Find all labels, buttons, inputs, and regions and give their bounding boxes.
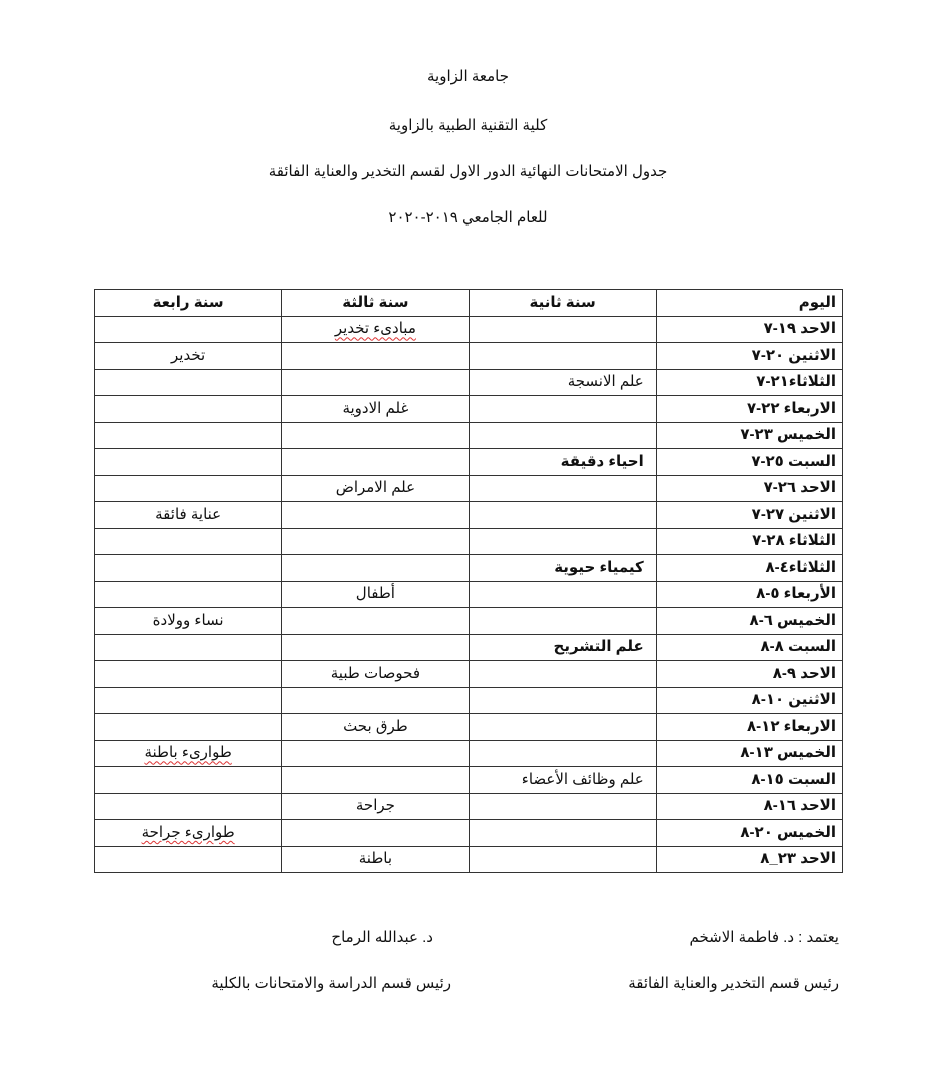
fourth-year-cell: طوارىء جراحة	[95, 820, 282, 847]
third-year-cell: أطفال	[282, 581, 469, 608]
day-cell: الاربعاء ١٢-٨	[656, 714, 842, 741]
day-cell: الخميس ١٣-٨	[656, 740, 842, 767]
day-cell: الثلاثاء٢١-٧	[656, 369, 842, 396]
third-year-cell: علم الامراض	[282, 475, 469, 502]
third-year-cell	[282, 634, 469, 661]
second-year-cell	[469, 608, 656, 635]
second-year-cell	[469, 793, 656, 820]
second-year-cell	[469, 343, 656, 370]
column-header-third-year: سنة ثالثة	[282, 290, 469, 317]
day-cell: السبت ٢٥-٧	[656, 449, 842, 476]
table-row: الاحد ١٩-٧ مبادىء تخدير	[95, 316, 843, 343]
third-year-cell: طرق بحث	[282, 714, 469, 741]
second-year-cell	[469, 820, 656, 847]
fourth-year-cell	[95, 846, 282, 873]
fourth-year-cell: طوارىء باطنة	[95, 740, 282, 767]
exam-subject: طوارىء باطنة	[144, 744, 231, 761]
second-year-cell	[469, 396, 656, 423]
second-year-cell	[469, 687, 656, 714]
table-row: الاثنين ٢٧-٧ عناية فائقة	[95, 502, 843, 529]
fourth-year-cell	[95, 767, 282, 794]
fourth-year-cell: نساء وولادة	[95, 608, 282, 635]
day-cell: الاحد ٩-٨	[656, 661, 842, 688]
third-year-cell	[282, 740, 469, 767]
fourth-year-cell	[95, 714, 282, 741]
table-row: الاحد ٩-٨ فحوصات طبية	[95, 661, 843, 688]
third-year-cell	[282, 369, 469, 396]
table-header-row: اليوم سنة ثانية سنة ثالثة سنة رابعة	[95, 290, 843, 317]
second-year-cell	[469, 661, 656, 688]
table-row: الاثنين ٢٠-٧ تخدير	[95, 343, 843, 370]
day-cell: السبت ١٥-٨	[656, 767, 842, 794]
day-cell: الاحد ١٦-٨	[656, 793, 842, 820]
fourth-year-cell: تخدير	[95, 343, 282, 370]
day-cell: الاحد ٢٣_٨	[656, 846, 842, 873]
table-row: الأربعاء ٥-٨ أطفال	[95, 581, 843, 608]
day-cell: الاثنين ٢٠-٧	[656, 343, 842, 370]
third-year-cell	[282, 528, 469, 555]
column-header-fourth-year: سنة رابعة	[95, 290, 282, 317]
table-row: الاحد ٢٦-٧ علم الامراض	[95, 475, 843, 502]
table-row: الخميس ١٣-٨ طوارىء باطنة	[95, 740, 843, 767]
third-year-cell	[282, 422, 469, 449]
day-cell: الخميس ٢٠-٨	[656, 820, 842, 847]
third-year-cell: جراحة	[282, 793, 469, 820]
table-row: الثلاثاء ٢٨-٧	[95, 528, 843, 555]
approval-signature: يعتمد : د. فاطمة الاشخم	[689, 928, 839, 948]
second-year-cell: علم وظائف الأعضاء	[469, 767, 656, 794]
day-cell: الاثنين ٢٧-٧	[656, 502, 842, 529]
second-year-cell: علم الانسجة	[469, 369, 656, 396]
exams-head-title: رئيس قسم الدراسة والامتحانات بالكلية	[211, 974, 451, 994]
exam-subject: طوارىء جراحة	[142, 824, 235, 841]
department-head-title: رئيس قسم التخدير والعناية الفائقة	[628, 974, 839, 994]
table-row: الثلاثاء٢١-٧ علم الانسجة	[95, 369, 843, 396]
third-year-cell	[282, 343, 469, 370]
day-cell: الخميس ٦-٨	[656, 608, 842, 635]
table-row: الاحد ١٦-٨ جراحة	[95, 793, 843, 820]
fourth-year-cell	[95, 528, 282, 555]
third-year-cell: غلم الادوية	[282, 396, 469, 423]
table-row: الخميس ٦-٨ نساء وولادة	[95, 608, 843, 635]
third-year-cell: مبادىء تخدير	[282, 316, 469, 343]
column-header-second-year: سنة ثانية	[469, 290, 656, 317]
day-cell: الثلاثاء ٢٨-٧	[656, 528, 842, 555]
second-year-cell	[469, 316, 656, 343]
academic-year: للعام الجامعي ٢٠١٩-٢٠٢٠	[0, 208, 936, 228]
day-cell: الاربعاء ٢٢-٧	[656, 396, 842, 423]
third-year-cell	[282, 555, 469, 582]
fourth-year-cell	[95, 661, 282, 688]
fourth-year-cell	[95, 634, 282, 661]
third-year-cell: فحوصات طبية	[282, 661, 469, 688]
fourth-year-cell	[95, 793, 282, 820]
day-cell: السبت ٨-٨	[656, 634, 842, 661]
exam-schedule-table: اليوم سنة ثانية سنة ثالثة سنة رابعة الاح…	[94, 289, 843, 873]
table-row: السبت ٢٥-٧ احياء دقيقة	[95, 449, 843, 476]
table-row: الاربعاء ١٢-٨ طرق بحث	[95, 714, 843, 741]
exam-subject: مبادىء تخدير	[335, 320, 416, 337]
fourth-year-cell	[95, 396, 282, 423]
third-year-cell	[282, 767, 469, 794]
document-title: جدول الامتحانات النهائية الدور الاول لقس…	[0, 162, 936, 182]
day-cell: الاثنين ١٠-٨	[656, 687, 842, 714]
exam-schedule-document: جامعة الزاوية كلية التقنية الطبية بالزاو…	[0, 0, 936, 1091]
exams-head-name: د. عبدالله الرماح	[331, 928, 433, 948]
second-year-cell	[469, 528, 656, 555]
second-year-cell	[469, 714, 656, 741]
day-cell: الأربعاء ٥-٨	[656, 581, 842, 608]
day-cell: الثلاثاء٤-٨	[656, 555, 842, 582]
third-year-cell	[282, 687, 469, 714]
second-year-cell: كيمياء حيوية	[469, 555, 656, 582]
day-cell: الخميس ٢٣-٧	[656, 422, 842, 449]
third-year-cell	[282, 449, 469, 476]
table-row: الخميس ٢٠-٨ طوارىء جراحة	[95, 820, 843, 847]
day-cell: الاحد ١٩-٧	[656, 316, 842, 343]
fourth-year-cell	[95, 369, 282, 396]
second-year-cell	[469, 502, 656, 529]
third-year-cell	[282, 820, 469, 847]
table-row: الخميس ٢٣-٧	[95, 422, 843, 449]
table-row: السبت ٨-٨ علم التشريح	[95, 634, 843, 661]
second-year-cell	[469, 422, 656, 449]
second-year-cell	[469, 846, 656, 873]
faculty-name: كلية التقنية الطبية بالزاوية	[0, 116, 936, 136]
second-year-cell	[469, 475, 656, 502]
table-row: الاربعاء ٢٢-٧ غلم الادوية	[95, 396, 843, 423]
second-year-cell	[469, 740, 656, 767]
third-year-cell	[282, 502, 469, 529]
table-row: الاحد ٢٣_٨ باطنة	[95, 846, 843, 873]
day-cell: الاحد ٢٦-٧	[656, 475, 842, 502]
fourth-year-cell	[95, 687, 282, 714]
second-year-cell: علم التشريح	[469, 634, 656, 661]
third-year-cell	[282, 608, 469, 635]
table-row: السبت ١٥-٨ علم وظائف الأعضاء	[95, 767, 843, 794]
university-name: جامعة الزاوية	[0, 67, 936, 87]
second-year-cell	[469, 581, 656, 608]
second-year-cell: احياء دقيقة	[469, 449, 656, 476]
fourth-year-cell: عناية فائقة	[95, 502, 282, 529]
third-year-cell: باطنة	[282, 846, 469, 873]
table-row: الاثنين ١٠-٨	[95, 687, 843, 714]
table-row: الثلاثاء٤-٨ كيمياء حيوية	[95, 555, 843, 582]
column-header-day: اليوم	[656, 290, 842, 317]
fourth-year-cell	[95, 316, 282, 343]
fourth-year-cell	[95, 555, 282, 582]
fourth-year-cell	[95, 581, 282, 608]
fourth-year-cell	[95, 449, 282, 476]
fourth-year-cell	[95, 422, 282, 449]
fourth-year-cell	[95, 475, 282, 502]
